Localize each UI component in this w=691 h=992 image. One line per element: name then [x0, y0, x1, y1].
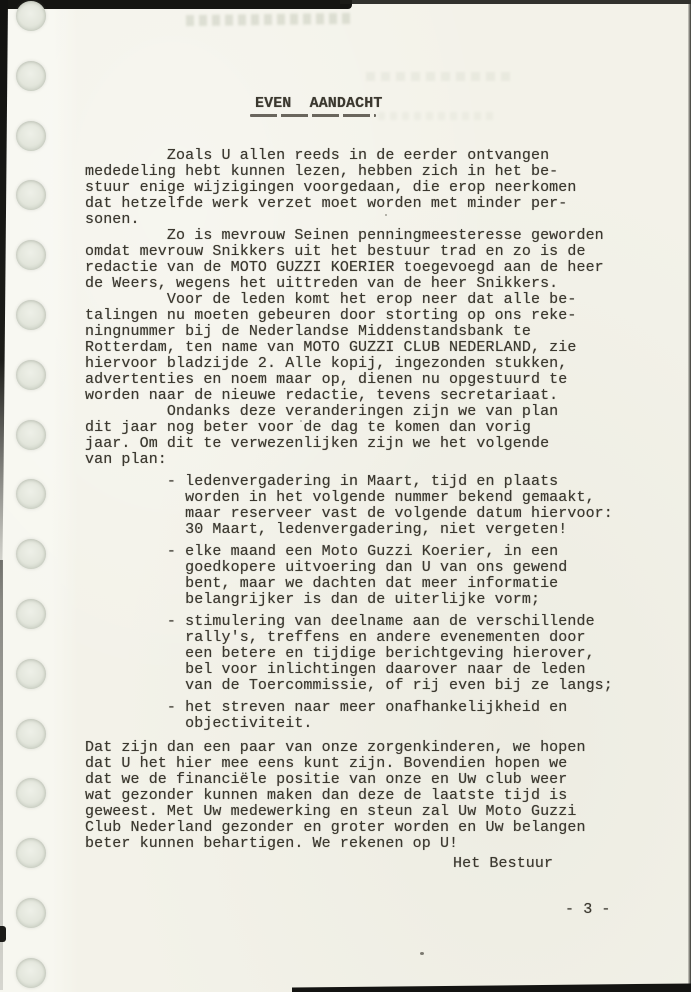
scanned-document-page: EVEN AANDACHT Zoals U allen reeds in de … [0, 0, 691, 992]
binder-hole [16, 180, 46, 210]
binder-hole [16, 958, 46, 988]
binder-hole [16, 599, 46, 629]
bullet-item: - stimulering van deelname aan de versch… [85, 614, 645, 694]
page-number: - 3 - [85, 902, 645, 918]
document-content: EVEN AANDACHT Zoals U allen reeds in de … [85, 0, 645, 918]
paragraph: Ondanks deze veranderingen zijn we van p… [85, 404, 645, 468]
closing-paragraph: Dat zijn dan een paar van onze zorgenkin… [85, 740, 645, 852]
paragraph: Zoals U allen reeds in de eerder ontvang… [85, 148, 645, 228]
scan-edge-left [0, 0, 8, 600]
binder-hole [16, 659, 46, 689]
title-underline [250, 114, 376, 117]
binder-hole [16, 121, 46, 151]
page-title: EVEN AANDACHT [255, 96, 645, 112]
binder-hole [16, 300, 46, 330]
bullet-item: - elke maand een Moto Guzzi Koerier, in … [85, 544, 645, 608]
paragraph: Zo is mevrouw Seinen penningmeesteresse … [85, 228, 645, 292]
bullet-item: - ledenvergadering in Maart, tijd en pla… [85, 474, 645, 538]
binder-hole [16, 360, 46, 390]
binder-hole [16, 778, 46, 808]
scan-edge-mark [0, 926, 6, 942]
binder-hole [16, 240, 46, 270]
scan-edge-bottom [292, 982, 691, 992]
binder-hole [16, 898, 46, 928]
ink-speck [420, 952, 424, 955]
binder-hole [16, 420, 46, 450]
paragraph: Voor de leden komt het erop neer dat all… [85, 292, 645, 404]
binder-hole [16, 1, 46, 31]
binder-hole [16, 539, 46, 569]
bullet-item: - het streven naar meer onafhankelijkhei… [85, 700, 645, 732]
binder-hole [16, 838, 46, 868]
signature: Het Bestuur [85, 856, 645, 872]
binder-hole [16, 61, 46, 91]
binder-hole [16, 719, 46, 749]
binder-hole [16, 479, 46, 509]
